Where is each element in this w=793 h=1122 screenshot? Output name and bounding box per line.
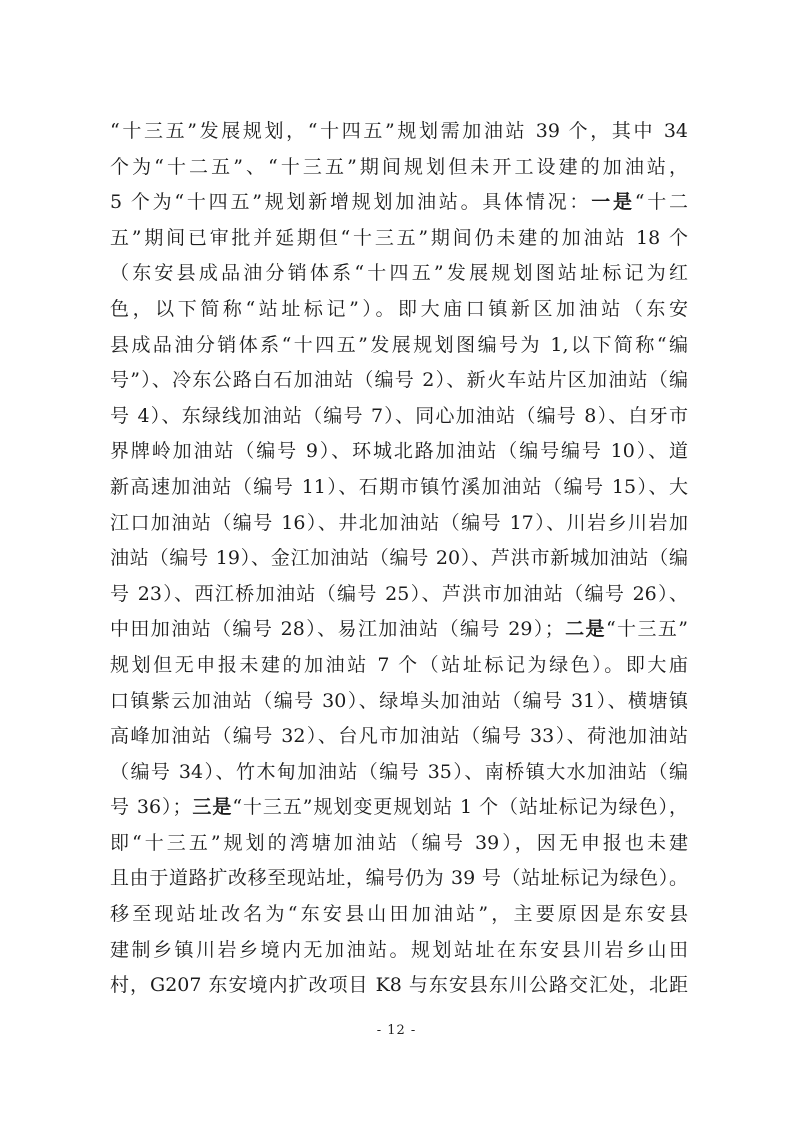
emphasis-text: 三是 (191, 796, 232, 818)
text-segment: 且由于道路扩改移至现站址，编号仍为 39 号（站址标记为绿色）。 (110, 867, 688, 889)
text-line: “十三五”发展规划，“十四五”规划需加油站 39 个，其中 34 (110, 114, 688, 150)
text-line: 色，以下简称“站址标记”）。即大庙口镇新区加油站（东安 (110, 292, 688, 328)
text-line: 中田加油站（编号 28）、易江加油站（编号 29）；二是“十三五” (110, 612, 688, 648)
text-line: 即“十三五”规划的湾塘加油站（编号 39），因无申报也未建 (110, 826, 688, 862)
text-line: 号 36）；三是“十三五”规划变更规划站 1 个（站址标记为绿色）， (110, 790, 688, 826)
text-line: 移至现站址改名为“东安县山田加油站”，主要原因是东安县 (110, 897, 688, 933)
text-line: 新高速加油站（编号 11）、石期市镇竹溪加油站（编号 15）、大 (110, 470, 688, 506)
text-segment: 县成品油分销体系“十四五”发展规划图编号为 1,以下简称“编 (110, 334, 688, 356)
text-segment: 五”期间已审批并延期但“十三五”期间仍未建的加油站 18 个 (110, 227, 688, 249)
text-line: 界牌岭加油站（编号 9）、环城北路加油站（编号编号 10）、道 (110, 434, 688, 470)
text-segment: 新高速加油站（编号 11）、石期市镇竹溪加油站（编号 15）、大 (110, 476, 688, 498)
text-line: 村，G207 东安境内扩改项目 K8 与东安县东川公路交汇处，北距 (110, 968, 688, 1004)
text-segment: 5 个为“十四五”规划新增规划加油站。具体情况： (110, 191, 591, 213)
text-segment: 建制乡镇川岩乡境内无加油站。规划站址在东安县川岩乡山田 (110, 939, 688, 961)
text-segment: 号”）、冷东公路白石加油站（编号 2）、新火车站片区加油站（编 (110, 369, 688, 391)
text-segment: “十二 (635, 191, 688, 213)
text-segment: 村，G207 东安境内扩改项目 K8 与东安县东川公路交汇处，北距 (110, 974, 688, 996)
emphasis-text: 一是 (591, 191, 635, 213)
text-line: 且由于道路扩改移至现站址，编号仍为 39 号（站址标记为绿色）。 (110, 861, 688, 897)
text-line: 建制乡镇川岩乡境内无加油站。规划站址在东安县川岩乡山田 (110, 933, 688, 969)
page-number: - 12 - (0, 1023, 793, 1038)
text-line: （东安县成品油分销体系“十四五”发展规划图站址标记为红 (110, 256, 688, 292)
text-line: 高峰加油站（编号 32）、台凡市加油站（编号 33）、荷池加油站 (110, 719, 688, 755)
text-segment: “十三五”规划变更规划站 1 个（站址标记为绿色）， (232, 796, 688, 818)
text-line: 口镇紫云加油站（编号 30）、绿埠头加油站（编号 31）、横塘镇 (110, 684, 688, 720)
text-segment: 中田加油站（编号 28）、易江加油站（编号 29）； (110, 618, 564, 640)
text-line: 号 23）、西江桥加油站（编号 25）、芦洪市加油站（编号 26）、 (110, 577, 688, 613)
text-line: 江口加油站（编号 16）、井北加油站（编号 17）、川岩乡川岩加 (110, 506, 688, 542)
text-segment: 江口加油站（编号 16）、井北加油站（编号 17）、川岩乡川岩加 (110, 512, 688, 534)
text-line: （编号 34）、竹木甸加油站（编号 35）、南桥镇大水加油站（编 (110, 755, 688, 791)
text-segment: 油站（编号 19）、金江加油站（编号 20）、芦洪市新城加油站（编 (110, 547, 688, 569)
text-segment: 规划但无申报未建的加油站 7 个（站址标记为绿色）。即大庙 (110, 654, 688, 676)
document-page: “十三五”发展规划，“十四五”规划需加油站 39 个，其中 34个为“十二五”、… (0, 0, 793, 1122)
text-segment: “十三五”发展规划，“十四五”规划需加油站 39 个，其中 34 (110, 120, 688, 142)
text-line: 个为“十二五”、“十三五”期间规划但未开工设建的加油站， (110, 150, 688, 186)
text-segment: 号 4）、东绿线加油站（编号 7）、同心加油站（编号 8）、白牙市 (110, 405, 688, 427)
text-segment: （编号 34）、竹木甸加油站（编号 35）、南桥镇大水加油站（编 (110, 761, 688, 783)
text-segment: 界牌岭加油站（编号 9）、环城北路加油站（编号编号 10）、道 (110, 440, 688, 462)
text-line: 规划但无申报未建的加油站 7 个（站址标记为绿色）。即大庙 (110, 648, 688, 684)
text-line: 五”期间已审批并延期但“十三五”期间仍未建的加油站 18 个 (110, 221, 688, 257)
text-segment: 色，以下简称“站址标记”）。即大庙口镇新区加油站（东安 (110, 298, 688, 320)
text-line: 号”）、冷东公路白石加油站（编号 2）、新火车站片区加油站（编 (110, 363, 688, 399)
text-line: 油站（编号 19）、金江加油站（编号 20）、芦洪市新城加油站（编 (110, 541, 688, 577)
text-segment: 高峰加油站（编号 32）、台凡市加油站（编号 33）、荷池加油站 (110, 725, 688, 747)
text-segment: 号 36）； (110, 796, 191, 818)
text-segment: 号 23）、西江桥加油站（编号 25）、芦洪市加油站（编号 26）、 (110, 583, 688, 605)
text-segment: 移至现站址改名为“东安县山田加油站”，主要原因是东安县 (110, 903, 688, 925)
text-segment: “十三五” (606, 618, 688, 640)
emphasis-text: 二是 (564, 618, 606, 640)
text-segment: （东安县成品油分销体系“十四五”发展规划图站址标记为红 (110, 262, 688, 284)
text-line: 县成品油分销体系“十四五”发展规划图编号为 1,以下简称“编 (110, 328, 688, 364)
text-line: 5 个为“十四五”规划新增规划加油站。具体情况：一是“十二 (110, 185, 688, 221)
text-segment: 个为“十二五”、“十三五”期间规划但未开工设建的加油站， (110, 156, 688, 178)
text-line: 号 4）、东绿线加油站（编号 7）、同心加油站（编号 8）、白牙市 (110, 399, 688, 435)
document-body-text: “十三五”发展规划，“十四五”规划需加油站 39 个，其中 34个为“十二五”、… (110, 114, 688, 1004)
text-segment: 即“十三五”规划的湾塘加油站（编号 39），因无申报也未建 (110, 832, 688, 854)
text-segment: 口镇紫云加油站（编号 30）、绿埠头加油站（编号 31）、横塘镇 (110, 690, 688, 712)
